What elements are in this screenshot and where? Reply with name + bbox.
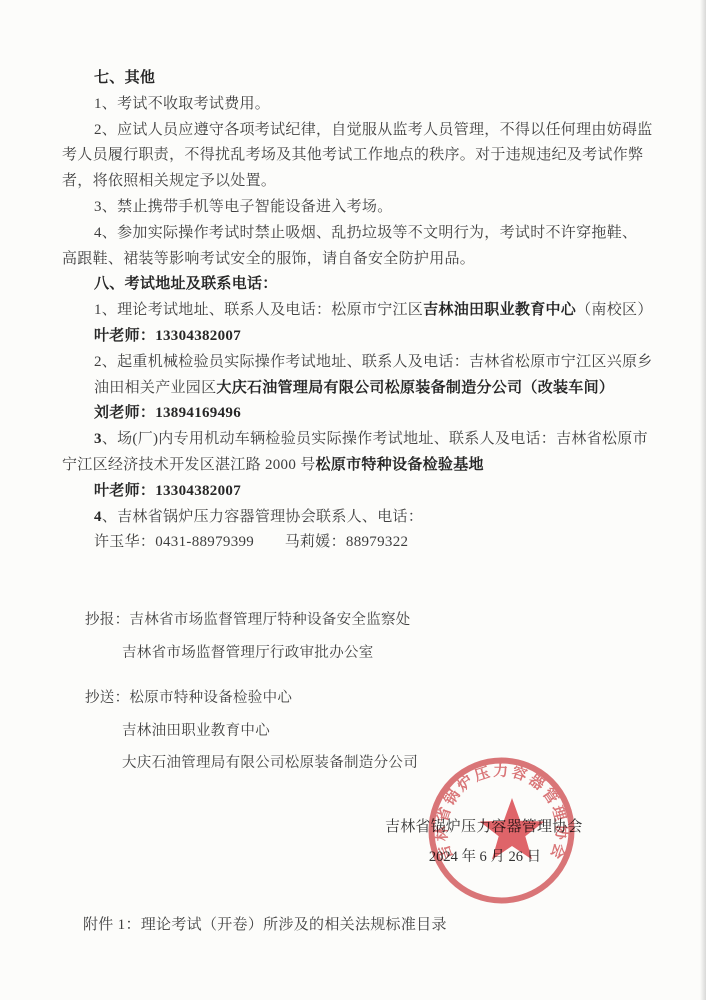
text-line: 刘老师：13894169496 (62, 401, 662, 427)
text-run: 考人员履行职责，不得扰乱考场及其他考试工作地点的秩序。对于违规违纪及考试作弊 (62, 147, 643, 163)
text-run: 2、应试人员应遵守各项考试纪律，自觉服从监考人员管理，不得以任何理由妨碍监 (94, 122, 653, 138)
text-line: 1、理论考试地址、联系人及电话：松原市宁江区吉林油田职业教育中心（南校区） (62, 298, 662, 324)
text-line: 许玉华：0431-88979399 马莉媛：88979322 (62, 530, 662, 556)
text-run: 1、理论考试地址、联系人及电话：松原市宁江区 (94, 302, 423, 318)
cc-send-block: 抄送：松原市特种设备检验中心吉林油田职业教育中心大庆石油管理局有限公司松原装备制… (85, 682, 418, 780)
cc-line: 抄报：吉林省市场监督管理厅特种设备安全监察处 (85, 604, 411, 637)
text-line: 2、应试人员应遵守各项考试纪律，自觉服从监考人员管理，不得以任何理由妨碍监 (62, 118, 662, 144)
text-line: 2、起重机械检验员实际操作考试地址、联系人及电话：吉林省松原市宁江区兴原乡 (62, 350, 662, 376)
text-line: 八、考试地址及联系电话： (62, 272, 662, 298)
document-page: 七、其他1、考试不收取考试费用。2、应试人员应遵守各项考试纪律，自觉服从监考人员… (0, 0, 706, 1000)
bold-text-run: 4 (94, 509, 102, 525)
text-line: 叶老师：13304382007 (62, 479, 662, 505)
text-line: 考人员履行职责，不得扰乱考场及其他考试工作地点的秩序。对于违规违纪及考试作弊 (62, 143, 662, 169)
text-run: 高跟鞋、裙装等影响考试安全的服饰，请自备安全防护用品。 (62, 251, 475, 267)
bold-text-run: 八、考试地址及联系电话： (94, 276, 278, 292)
text-line: 4、吉林省锅炉压力容器管理协会联系人、电话： (62, 505, 662, 531)
bold-text-run: 大庆石油管理局有限公司松原装备制造分公司（改装车间） (216, 380, 614, 396)
text-line: 1、考试不收取考试费用。 (62, 92, 662, 118)
text-line: 4、参加实际操作考试时禁止吸烟、乱扔垃圾等不文明行为，考试时不许穿拖鞋、 (62, 221, 662, 247)
seal-star-icon (480, 798, 545, 860)
text-run: 者，将依照相关规定予以处置。 (62, 173, 276, 189)
bold-text-run: 七、其他 (94, 70, 155, 86)
text-run: 1、考试不收取考试费用。 (94, 96, 270, 112)
text-line: 者，将依照相关规定予以处置。 (62, 169, 662, 195)
bold-text-run: 松原市特种设备检验基地 (316, 457, 484, 473)
bold-text-run: 刘老师：13894169496 (94, 405, 241, 421)
text-run: 宁江区经济技术开发区湛江路 2000 号 (62, 457, 316, 473)
text-run: 、场(厂)内专用机动车辆检验员实际操作考试地址、联系人及电话：吉林省松原市 (102, 431, 648, 447)
attachment-note: 附件 1：理论考试（开卷）所涉及的相关法规标准目录 (83, 912, 447, 938)
text-run: 4、参加实际操作考试时禁止吸烟、乱扔垃圾等不文明行为，考试时不许穿拖鞋、 (94, 225, 637, 241)
text-run: （南校区） (576, 302, 653, 318)
text-run: 许玉华：0431-88979399 马莉媛：88979322 (94, 534, 408, 550)
text-line: 七、其他 (62, 66, 662, 92)
official-seal: 吉林省锅炉压力容器管理协会 (426, 755, 576, 905)
text-run: 油田相关产业园区 (94, 380, 216, 396)
text-run: 、吉林省锅炉压力容器管理协会联系人、电话： (102, 509, 423, 525)
text-line: 3、禁止携带手机等电子智能设备进入考场。 (62, 195, 662, 221)
text-line: 宁江区经济技术开发区湛江路 2000 号松原市特种设备检验基地 (62, 453, 662, 479)
bold-text-run: 3 (94, 431, 102, 447)
cc-line: 吉林省市场监督管理厅行政审批办公室 (85, 637, 411, 670)
cc-line: 吉林油田职业教育中心 (85, 715, 418, 748)
cc-report-block: 抄报：吉林省市场监督管理厅特种设备安全监察处吉林省市场监督管理厅行政审批办公室 (85, 604, 411, 669)
cc-line: 大庆石油管理局有限公司松原装备制造分公司 (85, 747, 418, 780)
bold-text-run: 吉林油田职业教育中心 (423, 302, 576, 318)
text-line: 油田相关产业园区大庆石油管理局有限公司松原装备制造分公司（改装车间） (62, 376, 662, 402)
text-run: 2、起重机械检验员实际操作考试地址、联系人及电话：吉林省松原市宁江区兴原乡 (94, 354, 653, 370)
text-line: 3、场(厂)内专用机动车辆检验员实际操作考试地址、联系人及电话：吉林省松原市 (62, 427, 662, 453)
cc-line: 抄送：松原市特种设备检验中心 (85, 682, 418, 715)
bold-text-run: 叶老师：13304382007 (94, 328, 241, 344)
bold-text-run: 叶老师：13304382007 (94, 483, 241, 499)
text-line: 高跟鞋、裙装等影响考试安全的服饰，请自备安全防护用品。 (62, 247, 662, 273)
text-line: 叶老师：13304382007 (62, 324, 662, 350)
text-run: 3、禁止携带手机等电子智能设备进入考场。 (94, 199, 393, 215)
document-body-text: 七、其他1、考试不收取考试费用。2、应试人员应遵守各项考试纪律，自觉服从监考人员… (62, 66, 662, 556)
